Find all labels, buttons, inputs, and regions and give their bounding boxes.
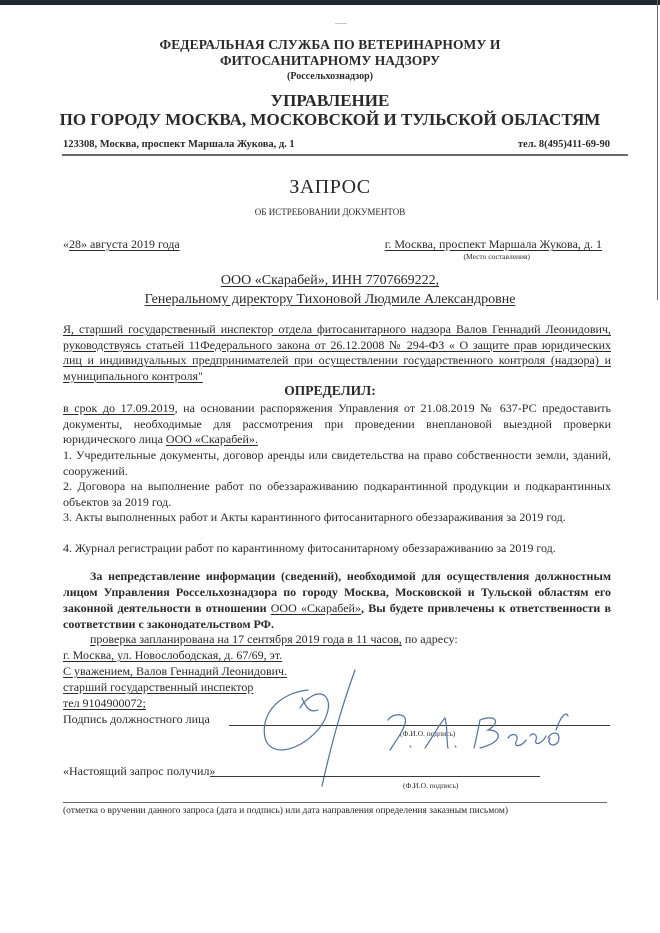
department-title: УПРАВЛЕНИЕ (0, 91, 660, 111)
date-value: 28» августа 2019 года (69, 237, 180, 251)
warning-company: ООО «Скарабей» (271, 601, 361, 615)
list-item: 1. Учредительные документы, договор арен… (63, 448, 611, 479)
list-item: 3. Акты выполненных работ и Акты каранти… (63, 510, 611, 526)
received-signature-caption: (Ф.И.О. подпись) (403, 781, 458, 790)
scan-top-edge (0, 0, 660, 5)
document-date: «28» августа 2019 года (63, 237, 180, 252)
recipient-company: ООО «Скарабей», ИНН 7707669222, (0, 273, 660, 289)
date-day: 28 (69, 237, 81, 251)
inspection-schedule: проверка запланирована на 17 сентября 20… (90, 632, 458, 647)
determined-heading: ОПРЕДЕЛИЛ: (0, 383, 660, 399)
handwritten-signature (240, 668, 580, 788)
document-subtitle: ОБ ИСТРЕБОВАНИИ ДОКУМЕНТОВ (0, 207, 660, 217)
list-item: 2. Договора на выполнение работ по обезз… (63, 479, 611, 510)
received-signature-line (210, 776, 540, 777)
scan-artifact (335, 20, 347, 24)
inspection-rest: по адресу: (402, 632, 458, 646)
received-label: «Настоящий запрос получил» (63, 764, 215, 779)
recipient-company-text: ООО «Скарабей», ИНН 7707669222, (221, 273, 439, 288)
document-title: ЗАПРОС (0, 176, 660, 199)
deadline-date: в срок до 17.09.2019 (63, 401, 175, 415)
official-signature-label: Подпись должностного лица (63, 712, 210, 727)
inspector-position: старший государственный инспектор (63, 680, 253, 695)
date-rest: » августа 2019 года (81, 237, 180, 251)
list-item: 4. Журнал регистрации работ по карантинн… (63, 541, 611, 557)
deadline-company: ООО «Скарабей». (166, 432, 258, 446)
inspector-phone: тел 9104900072; (63, 696, 146, 711)
place-caption: (Место составления) (464, 252, 531, 261)
agency-name-line1: ФЕДЕРАЛЬНАЯ СЛУЖБА ПО ВЕТЕРИНАРНОМУ И (0, 37, 660, 53)
letterhead-phone: тел. 8(495)411-69-90 (518, 139, 610, 150)
deadline-paragraph: в срок до 17.09.2019, на основании распо… (63, 401, 611, 448)
recipient-person: Генеральному директору Тихоновой Людмиле… (0, 292, 660, 308)
agency-short-name: (Россельхознадзор) (0, 71, 660, 82)
inspection-address: г. Москва, ул. Новослободская, д. 67/69,… (63, 648, 282, 663)
delivery-line (63, 802, 607, 803)
department-region: ПО ГОРОДУ МОСКВА, МОСКОВСКОЙ И ТУЛЬСКОЙ … (0, 110, 660, 130)
liability-warning: За непредставление информации (сведений)… (63, 568, 611, 632)
letterhead-divider (62, 154, 628, 156)
delivery-note: (отметка о вручении данного запроса (дат… (63, 806, 508, 816)
letterhead-address: 123308, Москва, проспект Маршала Жукова,… (63, 139, 295, 150)
intro-paragraph: Я, старший государственный инспектор отд… (63, 322, 611, 384)
agency-name-line2: ФИТОСАНИТАРНОМУ НАДЗОРУ (0, 53, 660, 69)
recipient-person-text: Генеральному директору Тихоновой Людмиле… (145, 292, 516, 307)
inspection-date: проверка запланирована на 17 сентября 20… (90, 632, 402, 646)
document-place: г. Москва, проспект Маршала Жукова, д. 1 (385, 237, 602, 252)
